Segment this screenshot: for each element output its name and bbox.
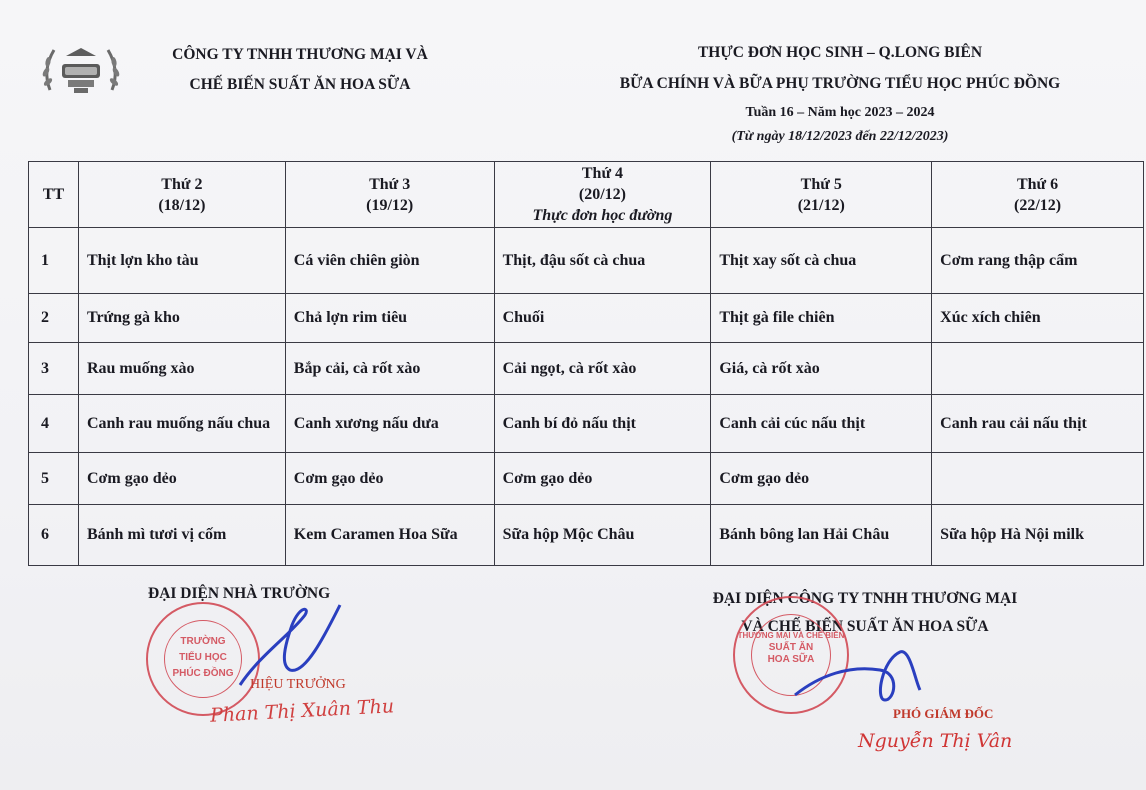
day-header: Thứ 3 (19/12): [285, 162, 494, 228]
menu-document: CÔNG TY TNHH THƯƠNG MẠI VÀ CHẾ BIẾN SUẤT…: [0, 0, 1146, 790]
day-date: (20/12): [503, 184, 703, 205]
company-representative-heading: ĐẠI DIỆN CÔNG TY TNHH THƯƠNG MẠI VÀ CHẾ …: [640, 585, 1090, 641]
menu-cell: [932, 343, 1144, 395]
row-number: 3: [29, 343, 79, 395]
menu-cell: Cơm gạo dẻo: [285, 453, 494, 505]
menu-cell: Thịt lợn kho tàu: [78, 228, 285, 294]
menu-cell: Thịt gà file chiên: [711, 294, 932, 343]
laurel-emblem-icon: [40, 40, 122, 98]
menu-cell: Trứng gà kho: [78, 294, 285, 343]
day-header: Thứ 4 (20/12) Thực đơn học đường: [494, 162, 711, 228]
row-number: 6: [29, 505, 79, 566]
row-number: 2: [29, 294, 79, 343]
menu-cell: Sữa hộp Hà Nội milk: [932, 505, 1144, 566]
week-label: Tuần 16 – Năm học 2023 – 2024: [590, 103, 1090, 123]
menu-cell: Thịt, đậu sốt cà chua: [494, 228, 711, 294]
heading-line-1: ĐẠI DIỆN CÔNG TY TNHH THƯƠNG MẠI: [640, 585, 1090, 613]
menu-cell: Kem Caramen Hoa Sữa: [285, 505, 494, 566]
menu-cell: Giá, cà rốt xào: [711, 343, 932, 395]
day-name: Thứ 2: [87, 174, 277, 195]
day-date: (19/12): [294, 195, 486, 216]
day-name: Thứ 6: [940, 174, 1135, 195]
table-row: 6 Bánh mì tươi vị cốm Kem Caramen Hoa Sữ…: [29, 505, 1144, 566]
day-name: Thứ 4: [503, 163, 703, 184]
table-row: 3 Rau muống xào Bắp cải, cà rốt xào Cải …: [29, 343, 1144, 395]
date-range: (Từ ngày 18/12/2023 đến 22/12/2023): [590, 127, 1090, 147]
menu-cell: Cơm gạo dẻo: [494, 453, 711, 505]
table-row: 1 Thịt lợn kho tàu Cá viên chiên giòn Th…: [29, 228, 1144, 294]
day-header: Thứ 2 (18/12): [78, 162, 285, 228]
menu-title: THỰC ĐƠN HỌC SINH – Q.LONG BIÊN: [590, 42, 1090, 64]
table-header-row: TT Thứ 2 (18/12) Thứ 3 (19/12) Thứ 4 (20…: [29, 162, 1144, 228]
company-line-1: CÔNG TY TNHH THƯƠNG MẠI VÀ: [150, 40, 450, 70]
day-date: (18/12): [87, 195, 277, 216]
table-row: 4 Canh rau muống nấu chua Canh xương nấu…: [29, 395, 1144, 453]
day-note: Thực đơn học đường: [503, 205, 703, 226]
day-name: Thứ 5: [719, 174, 923, 195]
menu-cell: [932, 453, 1144, 505]
menu-table: TT Thứ 2 (18/12) Thứ 3 (19/12) Thứ 4 (20…: [28, 161, 1144, 566]
table-row: 2 Trứng gà kho Chả lợn rim tiêu Chuối Th…: [29, 294, 1144, 343]
day-header: Thứ 6 (22/12): [932, 162, 1144, 228]
menu-cell: Bánh bông lan Hải Châu: [711, 505, 932, 566]
menu-cell: Canh cải cúc nấu thịt: [711, 395, 932, 453]
menu-cell: Canh bí đỏ nấu thịt: [494, 395, 711, 453]
menu-cell: Canh rau cải nấu thịt: [932, 395, 1144, 453]
day-header: Thứ 5 (21/12): [711, 162, 932, 228]
deputy-director-role: PHÓ GIÁM ĐỐC: [893, 706, 993, 722]
menu-subtitle: BỮA CHÍNH VÀ BỮA PHỤ TRƯỜNG TIỂU HỌC PHÚ…: [590, 73, 1090, 95]
principal-role: HIỆU TRƯỞNG: [250, 677, 346, 693]
day-date: (22/12): [940, 195, 1135, 216]
row-number: 4: [29, 395, 79, 453]
menu-header: THỰC ĐƠN HỌC SINH – Q.LONG BIÊN BỮA CHÍN…: [590, 42, 1090, 147]
menu-cell: Sữa hộp Mộc Châu: [494, 505, 711, 566]
row-number: 1: [29, 228, 79, 294]
menu-cell: Cơm gạo dẻo: [78, 453, 285, 505]
deputy-director-name: Nguyễn Thị Vân: [858, 730, 1012, 752]
menu-cell: Bắp cải, cà rốt xào: [285, 343, 494, 395]
menu-cell: Thịt xay sốt cà chua: [711, 228, 932, 294]
menu-cell: Canh xương nấu dưa: [285, 395, 494, 453]
heading-line-2: VÀ CHẾ BIẾN SUẤT ĂN HOA SỮA: [640, 613, 1090, 641]
row-number: 5: [29, 453, 79, 505]
menu-cell: Cải ngọt, cà rốt xào: [494, 343, 711, 395]
company-line-2: CHẾ BIẾN SUẤT ĂN HOA SỮA: [150, 70, 450, 100]
menu-cell: Cá viên chiên giòn: [285, 228, 494, 294]
day-date: (21/12): [719, 195, 923, 216]
menu-cell: Canh rau muống nấu chua: [78, 395, 285, 453]
day-name: Thứ 3: [294, 174, 486, 195]
menu-cell: Cơm rang thập cẩm: [932, 228, 1144, 294]
table-row: 5 Cơm gạo dẻo Cơm gạo dẻo Cơm gạo dẻo Cơ…: [29, 453, 1144, 505]
menu-cell: Chuối: [494, 294, 711, 343]
menu-cell: Bánh mì tươi vị cốm: [78, 505, 285, 566]
signature-right: [790, 640, 930, 710]
company-name: CÔNG TY TNHH THƯƠNG MẠI VÀ CHẾ BIẾN SUẤT…: [150, 40, 450, 100]
menu-cell: Chả lợn rim tiêu: [285, 294, 494, 343]
menu-cell: Xúc xích chiên: [932, 294, 1144, 343]
menu-cell: Rau muống xào: [78, 343, 285, 395]
tt-header: TT: [29, 162, 79, 228]
menu-cell: Cơm gạo dẻo: [711, 453, 932, 505]
